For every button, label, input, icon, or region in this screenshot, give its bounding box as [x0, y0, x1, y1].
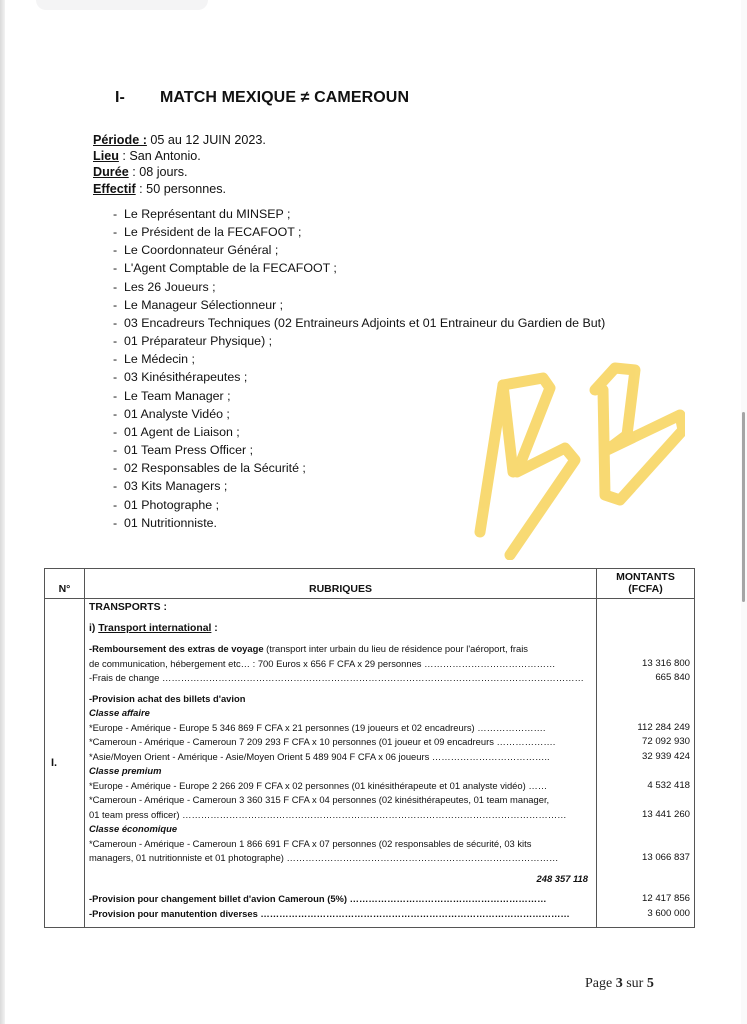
table-header-row: N° RUBRIQUES MONTANTS(FCFA) — [45, 569, 695, 599]
billets-subtotal: 248 357 118 — [89, 872, 592, 887]
list-item: 03 Kinésithérapeutes ; — [113, 368, 605, 386]
transports-title: TRANSPORTS : — [89, 601, 592, 616]
delegation-list: Le Représentant du MINSEP ; Le Président… — [113, 205, 605, 532]
amount-eco-cameroun: 13 066 837 — [599, 851, 690, 866]
classe-eco-title: Classe économique — [89, 822, 592, 837]
remboursement-line1: -Remboursement des extras de voyage (tra… — [89, 642, 592, 657]
mission-info: Période : 05 au 12 JUIN 2023. Lieu : San… — [93, 132, 266, 197]
list-item: Le Manageur Sélectionneur ; — [113, 296, 605, 314]
info-periode: Période : 05 au 12 JUIN 2023. — [93, 132, 266, 148]
header-rubriques: RUBRIQUES — [85, 569, 597, 599]
list-item: Le Représentant du MINSEP ; — [113, 205, 605, 223]
frais-change-line: -Frais de change ……………………………………………………………… — [89, 671, 592, 686]
current-page: 3 — [616, 976, 623, 991]
affaire-line: *Europe - Amérique - Europe 5 346 869 F … — [89, 721, 592, 736]
info-lieu: Lieu : San Antonio. — [93, 148, 266, 164]
info-duree: Durée : 08 jours. — [93, 164, 266, 180]
header-num: N° — [45, 569, 85, 599]
premium-line: 01 team press officer) ……………………………………………… — [89, 808, 592, 823]
scrollbar-track[interactable] — [741, 0, 747, 1024]
montants-cell: 13 316 800 665 840 112 284 249 72 092 93… — [597, 599, 695, 928]
list-item: L'Agent Comptable de la FECAFOOT ; — [113, 259, 605, 277]
section-title: MATCH MEXIQUE ≠ CAMEROUN — [160, 89, 409, 106]
remboursement-line2: de communication, hébergement etc… : 700… — [89, 657, 592, 672]
amount-premium-cameroun: 13 441 260 — [599, 808, 690, 823]
premium-line: *Cameroun - Amérique - Cameroun 3 360 31… — [89, 793, 592, 808]
affaire-line: *Asie/Moyen Orient - Amérique - Asie/Moy… — [89, 750, 592, 765]
list-item: Les 26 Joueurs ; — [113, 278, 605, 296]
list-item: Le Coordonnateur Général ; — [113, 241, 605, 259]
premium-line: *Europe - Amérique - Europe 2 266 209 F … — [89, 779, 592, 794]
list-item: Le Président de la FECAFOOT ; — [113, 223, 605, 241]
amount-changement: 12 417 856 — [599, 892, 690, 907]
list-item: 01 Nutritionniste. — [113, 514, 605, 532]
amount-affaire-asie: 32 939 424 — [599, 750, 690, 765]
list-item: 02 Responsables de la Sécurité ; — [113, 459, 605, 477]
eco-line: managers, 01 nutritionniste et 01 photog… — [89, 851, 592, 866]
amount-manutention: 3 600 000 — [599, 907, 690, 922]
amount-affaire-cameroun: 72 092 930 — [599, 735, 690, 750]
list-item: 01 Analyste Vidéo ; — [113, 405, 605, 423]
list-item: 03 Encadreurs Techniques (02 Entraineurs… — [113, 314, 605, 332]
affaire-line: *Cameroun - Amérique - Cameroun 7 209 29… — [89, 735, 592, 750]
list-item: 03 Kits Managers ; — [113, 477, 605, 495]
changement-line: -Provision pour changement billet d'avio… — [89, 892, 592, 907]
amount-premium-europe: 4 532 418 — [599, 779, 690, 794]
row-number: I. — [45, 599, 85, 928]
info-effectif: Effectif : 50 personnes. — [93, 181, 266, 197]
budget-table: N° RUBRIQUES MONTANTS(FCFA) I. TRANSPORT… — [44, 568, 695, 928]
top-toolbar-pill — [36, 0, 208, 10]
classe-premium-title: Classe premium — [89, 764, 592, 779]
list-item: Le Médecin ; — [113, 350, 605, 368]
eco-line: *Cameroun - Amérique - Cameroun 1 866 69… — [89, 837, 592, 852]
header-montants: MONTANTS(FCFA) — [597, 569, 695, 599]
billets-title: -Provision achat des billets d'avion — [89, 692, 592, 707]
list-item: 01 Agent de Liaison ; — [113, 423, 605, 441]
total-pages: 5 — [647, 976, 654, 991]
scrollbar-thumb[interactable] — [742, 412, 745, 602]
amount-frais-change: 665 840 — [599, 671, 690, 686]
classe-affaire-title: Classe affaire — [89, 706, 592, 721]
list-item: Le Team Manager ; — [113, 387, 605, 405]
table-row: I. TRANSPORTS : i) Transport internation… — [45, 599, 695, 928]
rubriques-cell: TRANSPORTS : i) Transport international … — [85, 599, 597, 928]
page-indicator: Page 3 sur 5 — [585, 976, 654, 992]
amount-affaire-europe: 112 284 249 — [599, 721, 690, 736]
amount-remboursement: 13 316 800 — [599, 657, 690, 672]
list-item: 01 Photographe ; — [113, 496, 605, 514]
manutention-line: -Provision pour manutention diverses ………… — [89, 907, 592, 922]
intl-title: i) Transport international : — [89, 622, 592, 637]
section-number: I- — [115, 89, 160, 107]
list-item: 01 Team Press Officer ; — [113, 441, 605, 459]
section-heading: I-MATCH MEXIQUE ≠ CAMEROUN — [115, 89, 409, 107]
page-left-edge — [0, 0, 5, 1024]
list-item: 01 Préparateur Physique) ; — [113, 332, 605, 350]
